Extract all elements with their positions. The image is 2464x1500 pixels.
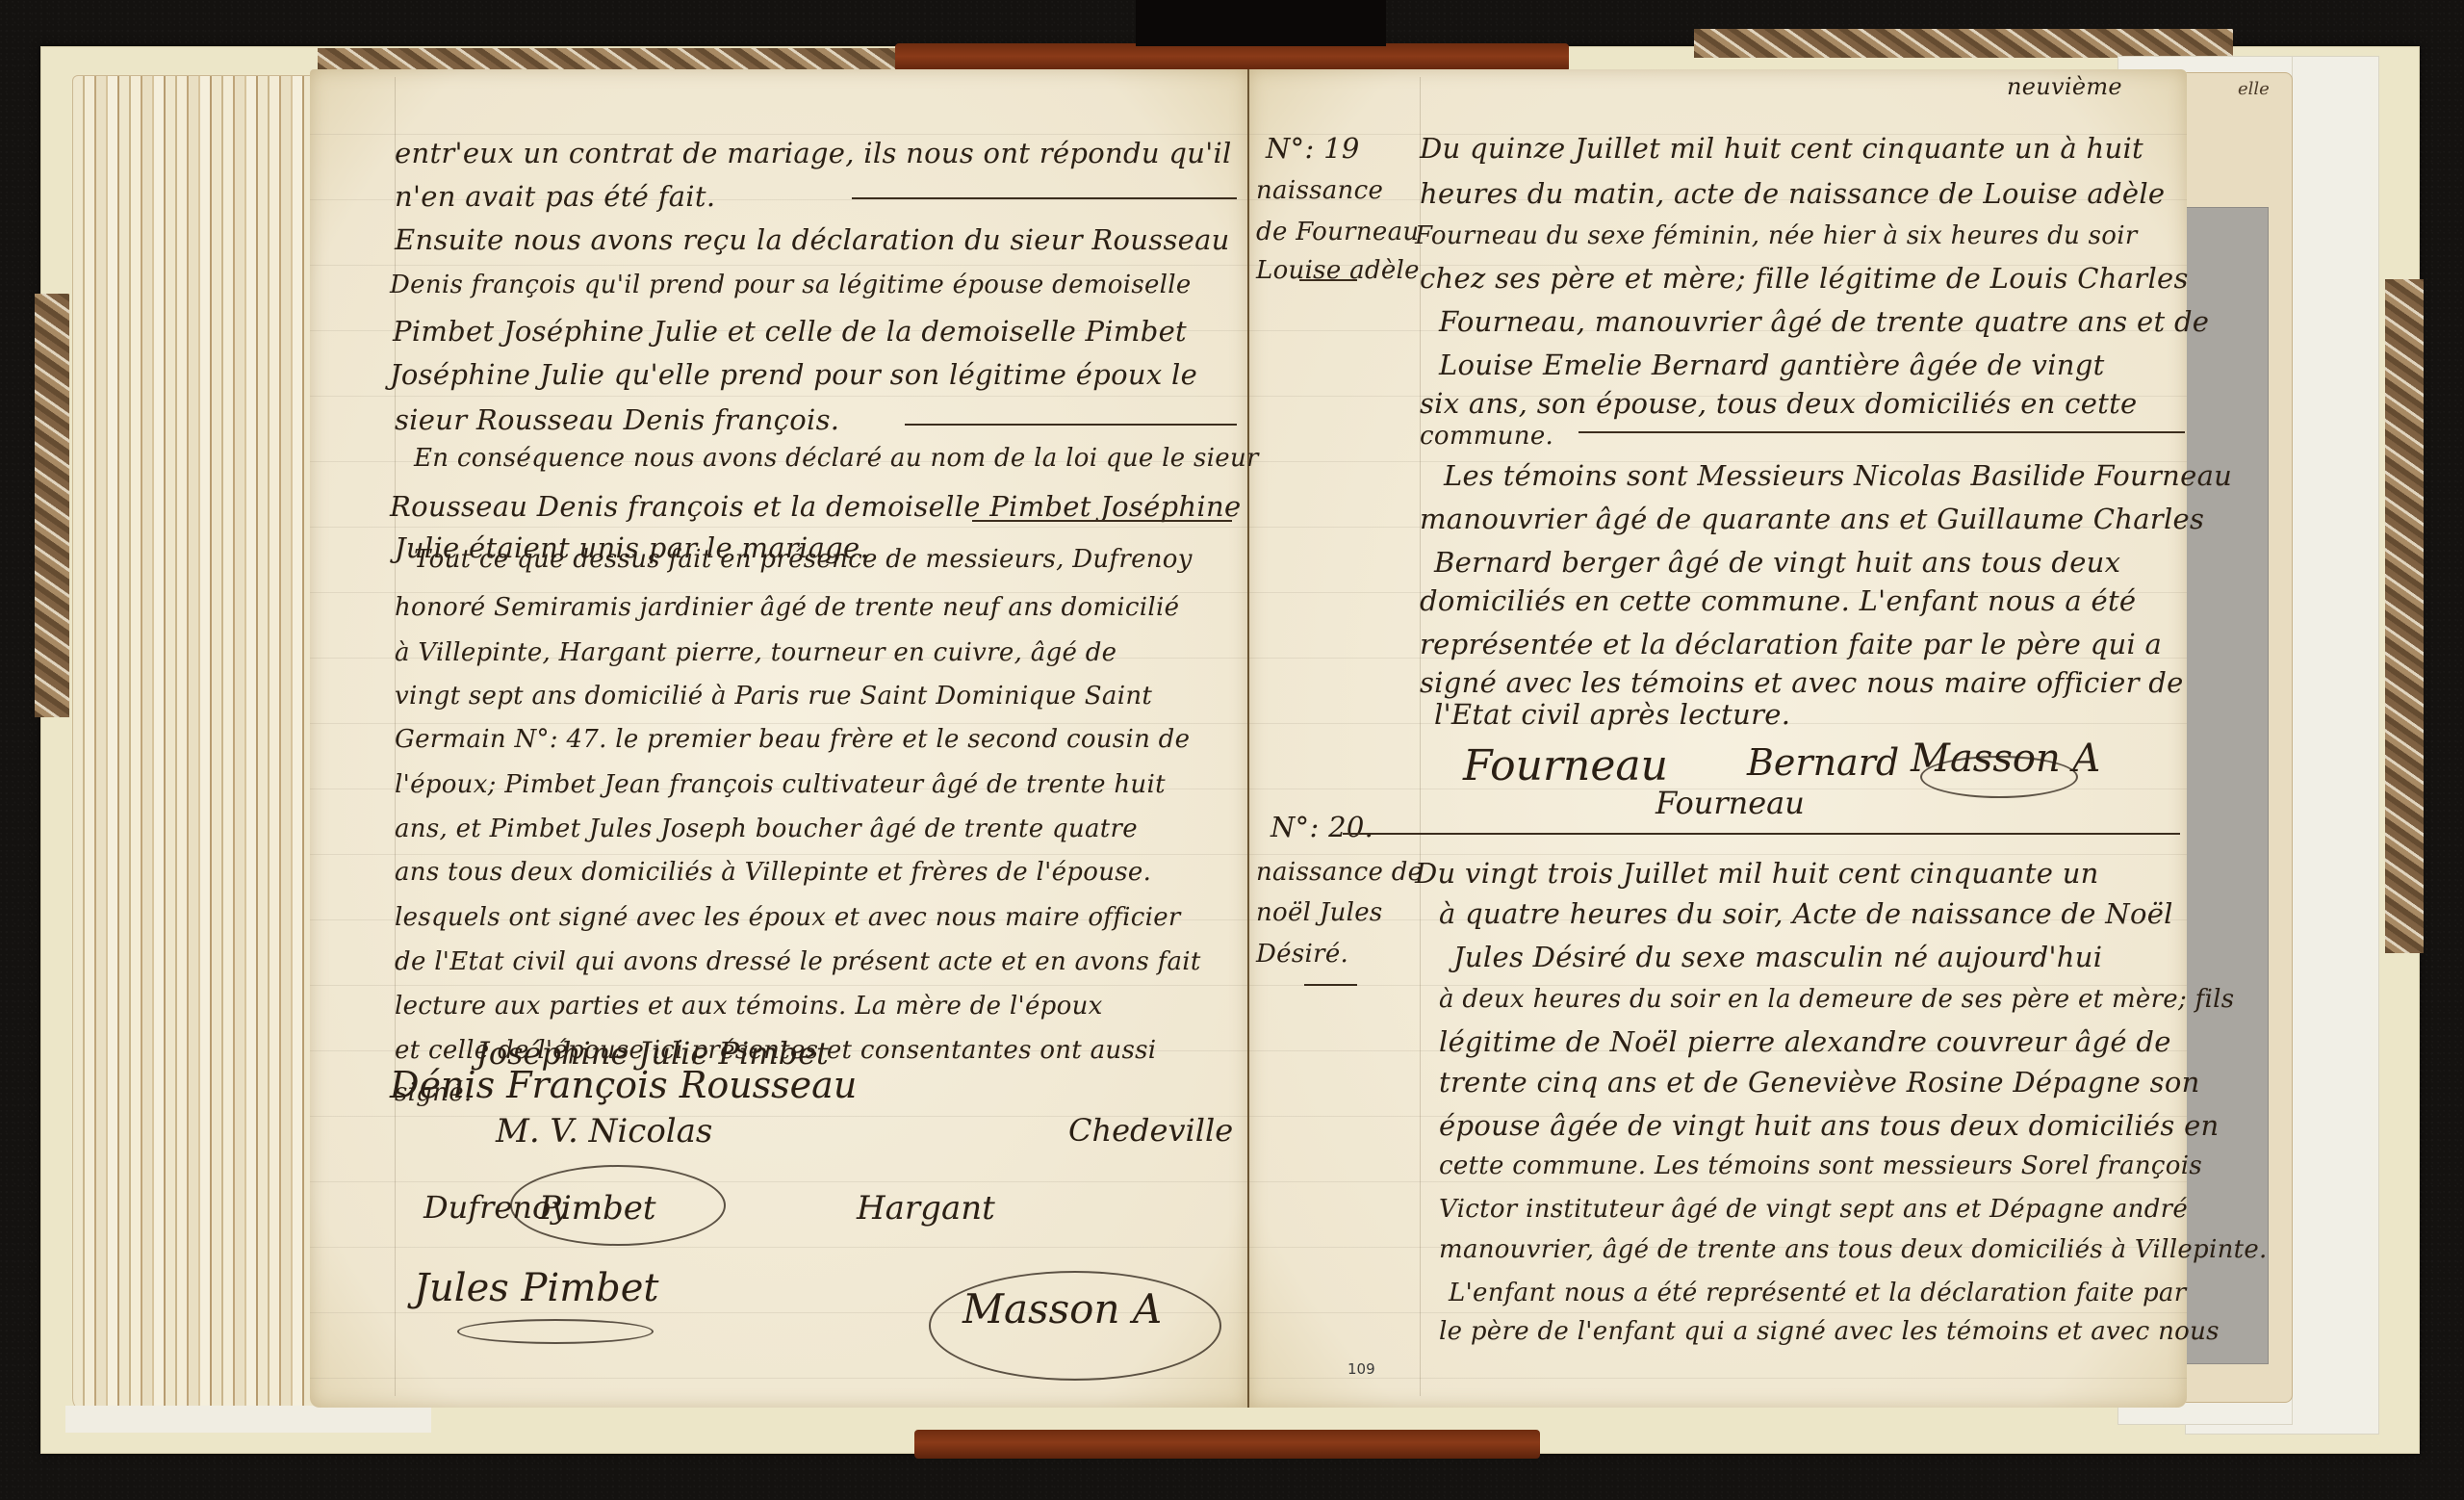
left-line: Joséphine Julie qu'elle prend pour son l…: [390, 361, 1197, 389]
entry-number: N°: 19: [1266, 135, 1360, 163]
entry-number: N°: 20.: [1270, 814, 1373, 841]
entry-line: Les témoins sont Messieurs Nicolas Basil…: [1444, 462, 2232, 490]
left-line: entr'eux un contrat de mariage, ils nous…: [395, 140, 1232, 168]
marbled-endpaper-right: [2385, 279, 2424, 953]
entry-line: à deux heures du soir en la demeure de s…: [1439, 987, 2234, 1012]
entry-line: manouvrier, âgé de trente ans tous deux …: [1439, 1237, 2268, 1262]
signature: Dénis François Rousseau: [390, 1064, 857, 1106]
entry-line: à quatre heures du soir, Acte de naissan…: [1439, 900, 2173, 928]
left-line: lecture aux parties et aux témoins. La m…: [395, 994, 1103, 1019]
entry-line: chez ses père et mère; fille légitime de…: [1420, 265, 2189, 293]
signature: Jules Pimbet: [414, 1266, 659, 1310]
entry-line: Victor instituteur âgé de vingt sept ans…: [1439, 1197, 2188, 1222]
left-line: Tout ce que dessus fait en présence de m…: [414, 547, 1193, 572]
left-line: ans tous deux domiciliés à Villepinte et…: [395, 860, 1151, 885]
marbled-endpaper-left: [35, 294, 69, 717]
entry-line: Fourneau, manouvrier âgé de trente quatr…: [1439, 308, 2209, 336]
entry-line: six ans, son épouse, tous deux domicilié…: [1420, 390, 2138, 418]
entry-line: L'enfant nous a été représenté et la déc…: [1449, 1280, 2186, 1306]
signature: Chedeville: [1068, 1112, 1233, 1149]
left-line: sieur Rousseau Denis françois.: [395, 406, 839, 434]
entry-line: Du quinze Juillet mil huit cent cinquant…: [1420, 135, 2143, 163]
left-line: Ensuite nous avons reçu la déclaration d…: [395, 226, 1230, 254]
right-insert-aged-note: elle: [2238, 79, 2270, 99]
left-stack-base: [65, 1406, 431, 1433]
page-corner-annotation: neuvième: [2007, 75, 2122, 98]
entry-margin-title: de Fourneau: [1256, 220, 1419, 245]
left-line: lesquels ont signé avec les époux et ave…: [395, 905, 1181, 930]
entry-line: épouse âgée de vingt huit ans tous deux …: [1439, 1112, 2220, 1140]
entry-line: le père de l'enfant qui a signé avec les…: [1439, 1319, 2220, 1344]
left-line: n'en avait pas été fait.: [395, 183, 715, 211]
signature: M. V. Nicolas: [496, 1112, 712, 1151]
right-insert-gray: [2185, 207, 2269, 1364]
entry-line: Fourneau du sexe féminin, née hier à six…: [1415, 223, 2138, 248]
entry-line: Louise Emelie Bernard gantière âgée de v…: [1439, 351, 2105, 379]
line-filler-rule: [972, 520, 1232, 522]
entry-line: manouvrier âgé de quarante ans et Guilla…: [1420, 505, 2204, 533]
entry-line: commune.: [1420, 424, 1553, 449]
entry-line: Du vingt trois Juillet mil huit cent cin…: [1415, 860, 2099, 888]
line-filler-rule: [1578, 431, 2185, 433]
left-line: à Villepinte, Hargant pierre, tourneur e…: [395, 640, 1116, 665]
left-line: Germain N°: 47. le premier beau frère et…: [395, 727, 1190, 752]
left-line: Denis françois qu'il prend pour sa légit…: [390, 272, 1192, 297]
signature: Hargant: [857, 1189, 995, 1228]
entry-line: l'Etat civil après lecture.: [1434, 701, 1790, 729]
spine-top: [895, 43, 1569, 72]
line-filler-rule: [905, 424, 1237, 426]
entry-line: Bernard berger âgé de vingt huit ans tou…: [1434, 549, 2120, 577]
left-line: Pimbet Joséphine Julie et celle de la de…: [393, 318, 1187, 346]
entry-line: signé avec les témoins et avec nous mair…: [1420, 669, 2184, 697]
marbled-endpaper-top-right: [1694, 29, 2233, 58]
signature-flourish: [510, 1165, 726, 1246]
entry-line: représentée et la déclaration faite par …: [1420, 631, 2162, 659]
left-line: de l'Etat civil qui avons dressé le prés…: [395, 949, 1201, 974]
entry-margin-title: Désiré.: [1256, 942, 1348, 967]
margin-rule: [1299, 279, 1357, 281]
entry-line: légitime de Noël pierre alexandre couvre…: [1439, 1028, 2171, 1056]
entry-line: domiciliés en cette commune. L'enfant no…: [1420, 587, 2136, 615]
signature: Fourneau: [1655, 785, 1805, 821]
line-filler-rule: [852, 197, 1237, 199]
signature: Fourneau: [1463, 741, 1668, 790]
entry-line: heures du matin, acte de naissance de Lo…: [1420, 180, 2165, 208]
left-line: l'époux; Pimbet Jean françois cultivateu…: [395, 772, 1166, 797]
entry-margin-title: noël Jules: [1256, 900, 1383, 925]
entry-line: trente cinq ans et de Geneviève Rosine D…: [1439, 1069, 2200, 1097]
page-number: 109: [1347, 1360, 1375, 1378]
signature-flourish: [457, 1319, 654, 1344]
left-line: En conséquence nous avons déclaré au nom…: [414, 446, 1259, 471]
signature-flourish: [1920, 756, 2078, 798]
left-line: honoré Semiramis jardinier âgé de trente…: [395, 595, 1179, 620]
margin-rule: [1304, 984, 1357, 986]
left-line: Rousseau Denis françois et la demoiselle…: [390, 493, 1241, 521]
signature-flourish: [929, 1271, 1221, 1381]
spine-bottom: [914, 1430, 1540, 1459]
entry-line: cette commune. Les témoins sont messieur…: [1439, 1153, 2202, 1178]
left-line: vingt sept ans domicilié à Paris rue Sai…: [395, 684, 1152, 709]
gutter: [1247, 69, 1249, 1408]
signature: Bernard: [1747, 741, 1899, 784]
left-line: ans, et Pimbet Jules Joseph boucher âgé …: [395, 816, 1138, 841]
entry-margin-title: naissance de: [1256, 860, 1423, 885]
spine-gap-top: [1136, 0, 1386, 46]
left-page-stack: [72, 75, 315, 1413]
entry-line: Jules Désiré du sexe masculin né aujourd…: [1453, 944, 2102, 971]
entry-margin-title: naissance: [1256, 178, 1383, 203]
entry-separator-rule: [1343, 833, 2180, 835]
